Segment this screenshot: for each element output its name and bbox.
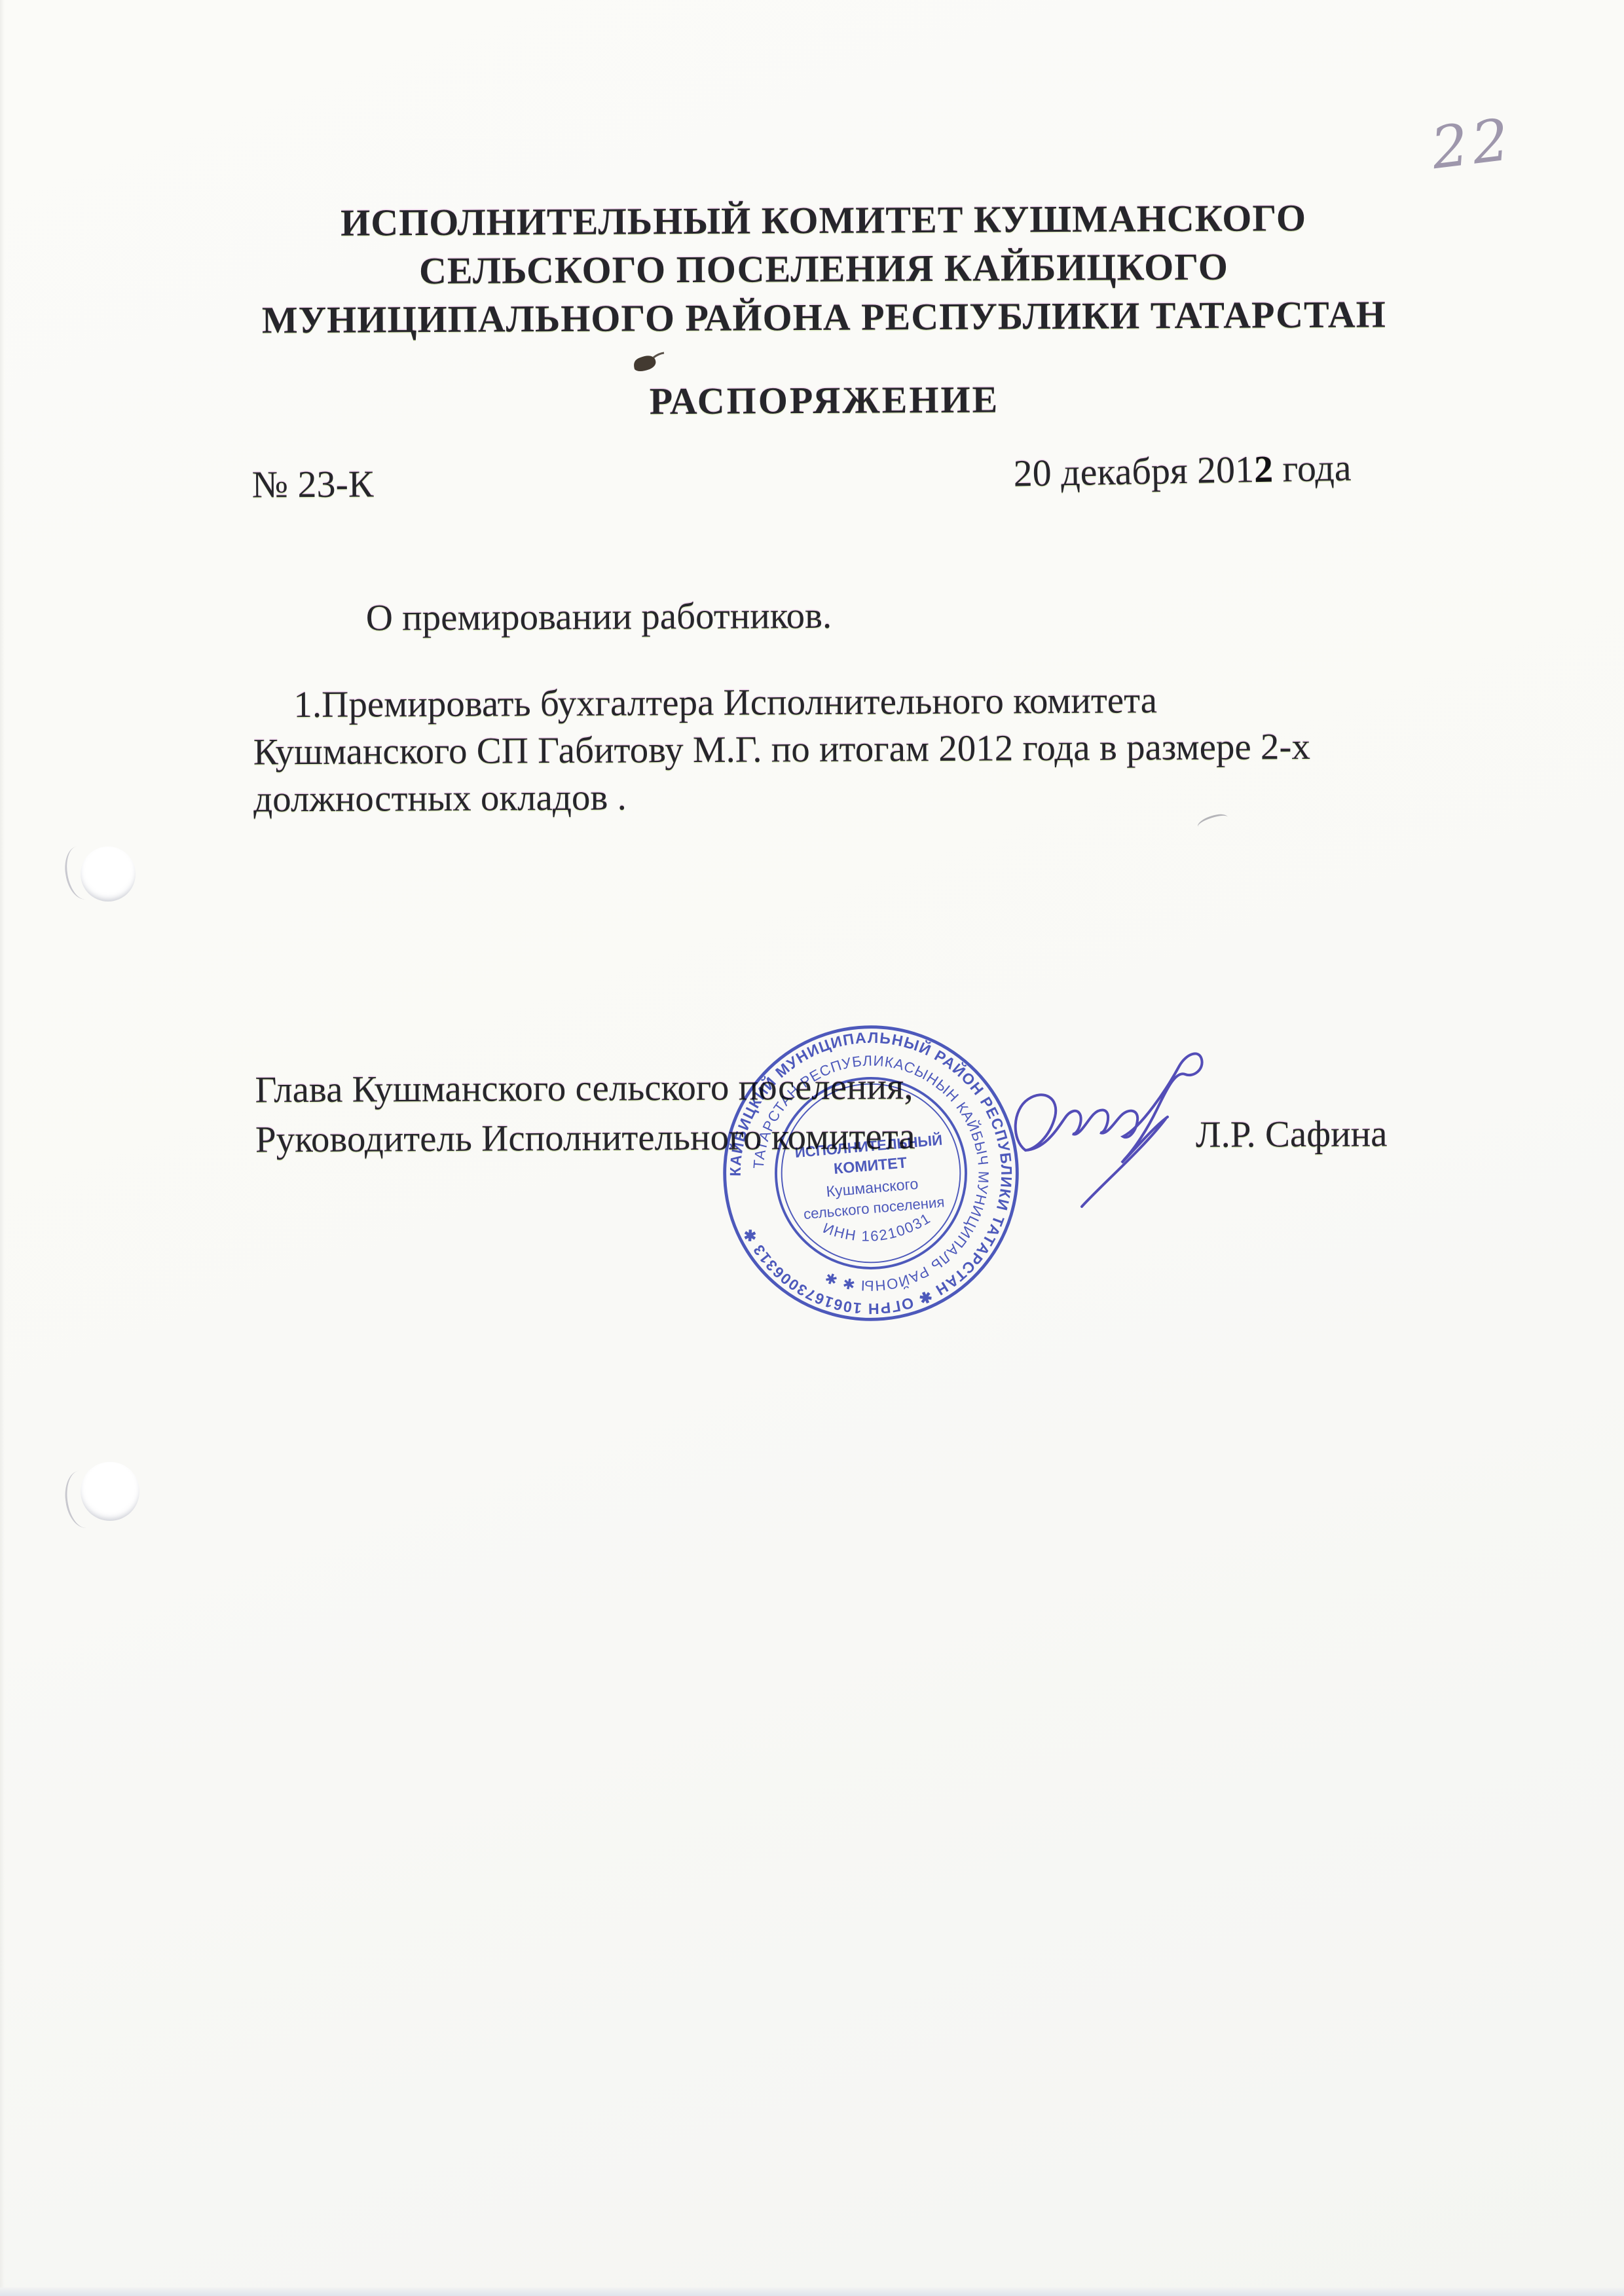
doc-type-title: РАСПОРЯЖЕНИЕ [127, 374, 1522, 426]
scanned-document-page: 22 ИСПОЛНИТЕЛЬНЫЙ КОМИТЕТ КУШМАНСКОГО СЕ… [0, 0, 1624, 2296]
org-header-line3: МУНИЦИПАЛЬНОГО РАЙОНА РЕСПУБЛИКИ ТАТАРСТ… [126, 289, 1521, 345]
stamp-center-line3: Кушманского [826, 1175, 919, 1200]
doc-date-prefix: 20 декабря 201 [1013, 448, 1255, 494]
doc-date: 20 декабря 2012 года [1013, 446, 1352, 496]
stamp-center-line2: КОМИТЕТ [833, 1154, 908, 1177]
body-line-2: Кушманского СП Габитову М.Г. по итогам 2… [253, 725, 1310, 773]
handwritten-signature [982, 1011, 1218, 1247]
signer-name: Л.Р. Сафина [1196, 1112, 1388, 1156]
doc-date-suffix: года [1272, 446, 1352, 490]
body-line-3: должностных окладов . [253, 776, 627, 820]
body-line-1: 1.Премировать бухгалтера Исполнительного… [293, 679, 1157, 726]
doc-number: № 23-К [252, 462, 374, 506]
doc-date-corrected-digit: 2 [1253, 448, 1273, 490]
org-header: ИСПОЛНИТЕЛЬНЫЙ КОМИТЕТ КУШМАНСКОГО СЕЛЬС… [126, 192, 1521, 345]
subject-line: О премировании работников. [366, 594, 832, 640]
org-header-line2: СЕЛЬСКОГО ПОСЕЛЕНИЯ КАЙБИЦКОГО [126, 241, 1521, 297]
org-header-line1: ИСПОЛНИТЕЛЬНЫЙ КОМИТЕТ КУШМАНСКОГО [126, 192, 1521, 248]
